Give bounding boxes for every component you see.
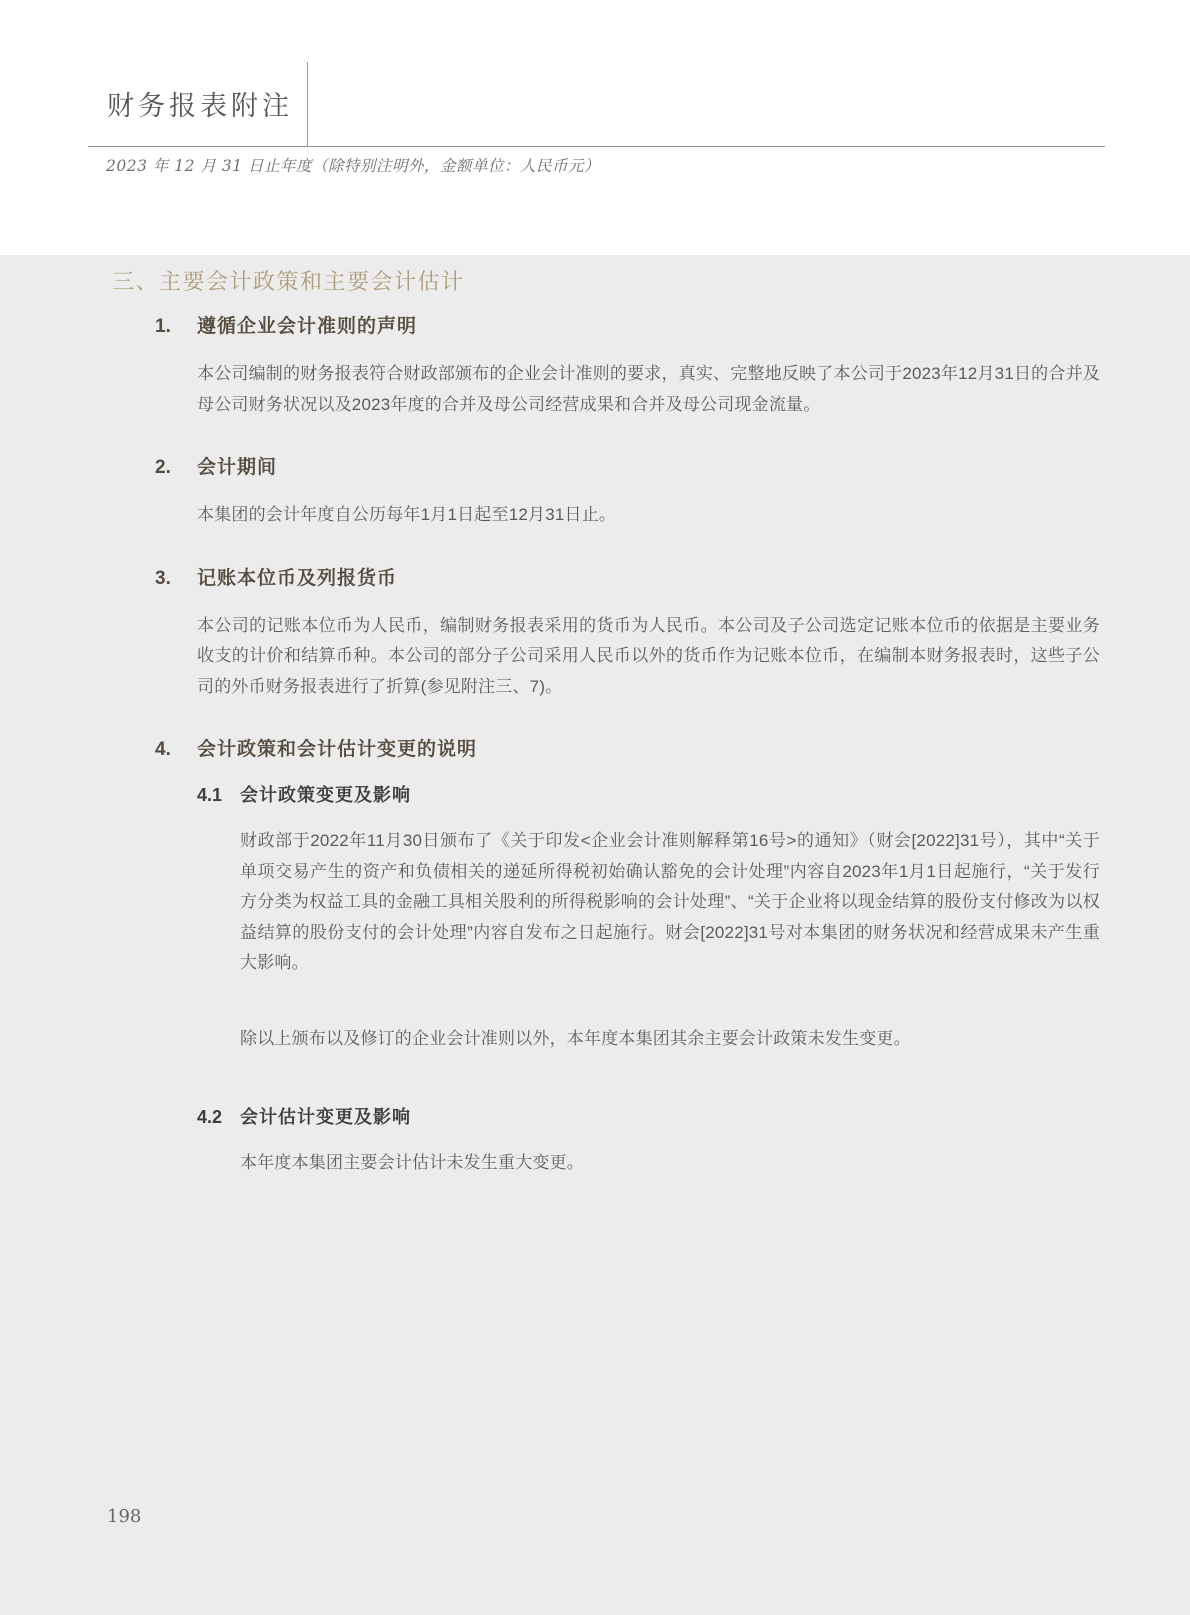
subsection-paragraph: 除以上颁布以及修订的企业会计准则以外，本年度本集团其余主要会计政策未发生变更。	[240, 1024, 1100, 1055]
section-heading: 遵循企业会计准则的声明	[197, 313, 1100, 341]
section-4: 4. 会计政策和会计估计变更的说明 4.1 会计政策变更及影响 财政部于2022…	[155, 736, 1100, 1179]
page-header: 财务报表附注 2023 年 12 月 31 日止年度（除特别注明外，金额单位：人…	[0, 0, 1190, 255]
subsection-heading: 会计估计变更及影响	[240, 1104, 1100, 1131]
subsection-paragraph: 财政部于2022年11月30日颁布了《关于印发<企业会计准则解释第16号>的通知…	[240, 826, 1100, 979]
subsection-body: 会计政策变更及影响 财政部于2022年11月30日颁布了《关于印发<企业会计准则…	[240, 782, 1100, 1054]
subsection-4-1: 4.1 会计政策变更及影响 财政部于2022年11月30日颁布了《关于印发<企业…	[197, 782, 1100, 1054]
subsection-number: 4.2	[197, 1104, 240, 1179]
section-number: 2.	[155, 454, 197, 531]
subsection-body: 会计估计变更及影响 本年度本集团主要会计估计未发生重大变更。	[240, 1104, 1100, 1179]
section-number: 3.	[155, 565, 197, 703]
document-page: { "header": { "title": "财务报表附注", "subtit…	[0, 0, 1190, 1615]
report-period-subtitle: 2023 年 12 月 31 日止年度（除特别注明外，金额单位：人民币元）	[106, 154, 600, 176]
section-body: 会计政策和会计估计变更的说明 4.1 会计政策变更及影响 财政部于2022年11…	[197, 736, 1100, 1179]
section-number: 4.	[155, 736, 197, 1179]
chapter-title: 三、主要会计政策和主要会计估计	[112, 267, 1100, 297]
subsection-paragraph: 本年度本集团主要会计估计未发生重大变更。	[240, 1148, 1100, 1179]
section-body: 遵循企业会计准则的声明 本公司编制的财务报表符合财政部颁布的企业会计准则的要求，…	[197, 313, 1100, 420]
section-2: 2. 会计期间 本集团的会计年度自公历每年1月1日起至12月31日止。	[155, 454, 1100, 531]
page-number: 198	[107, 1506, 141, 1527]
subsection-4-2: 4.2 会计估计变更及影响 本年度本集团主要会计估计未发生重大变更。	[197, 1104, 1100, 1179]
subsection-number: 4.1	[197, 782, 240, 1054]
content-area: 三、主要会计政策和主要会计估计 1. 遵循企业会计准则的声明 本公司编制的财务报…	[0, 255, 1190, 1179]
vertical-divider	[307, 62, 308, 146]
section-body: 记账本位币及列报货币 本公司的记账本位币为人民币，编制财务报表采用的货币为人民币…	[197, 565, 1100, 703]
section-number: 1.	[155, 313, 197, 420]
section-paragraph: 本公司编制的财务报表符合财政部颁布的企业会计准则的要求，真实、完整地反映了本公司…	[197, 359, 1100, 420]
section-paragraph: 本公司的记账本位币为人民币，编制财务报表采用的货币为人民币。本公司及子公司选定记…	[197, 611, 1100, 703]
report-title: 财务报表附注	[107, 84, 293, 123]
section-1: 1. 遵循企业会计准则的声明 本公司编制的财务报表符合财政部颁布的企业会计准则的…	[155, 313, 1100, 420]
section-body: 会计期间 本集团的会计年度自公历每年1月1日起至12月31日止。	[197, 454, 1100, 531]
subsection-heading: 会计政策变更及影响	[240, 782, 1100, 809]
section-heading: 会计期间	[197, 454, 1100, 482]
section-heading: 会计政策和会计估计变更的说明	[197, 736, 1100, 764]
section-paragraph: 本集团的会计年度自公历每年1月1日起至12月31日止。	[197, 500, 1100, 531]
header-rule	[88, 146, 1105, 147]
section-heading: 记账本位币及列报货币	[197, 565, 1100, 593]
section-3: 3. 记账本位币及列报货币 本公司的记账本位币为人民币，编制财务报表采用的货币为…	[155, 565, 1100, 703]
